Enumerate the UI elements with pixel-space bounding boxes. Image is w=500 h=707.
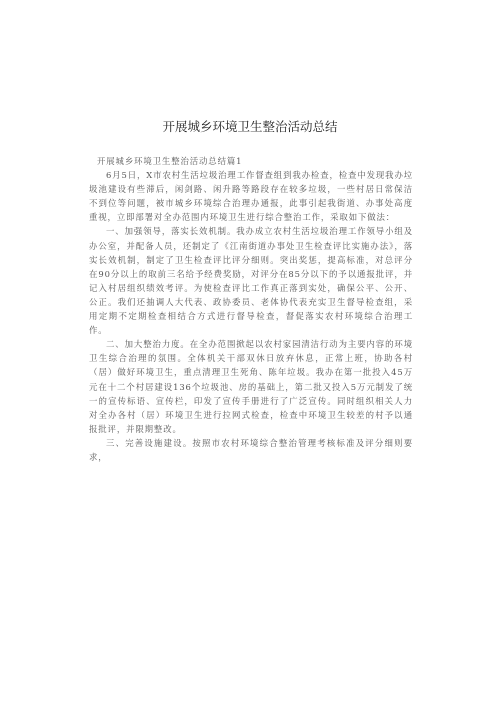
document-body: 开展城乡环境卫生整治活动总结篇1 6月5日，X市农村生活垃圾治理工作督查组到我办…	[89, 154, 413, 464]
paragraph-section-1: 一、加强领导，落实长效机制。我办成立农村生活垃圾治理工作领导小组及办公室，并配备…	[89, 224, 413, 337]
paragraph-section-3: 三、完善设施建设。按照市农村环境综合整治管理考核标准及评分细则要求，	[89, 436, 413, 464]
paragraph-section-2: 二、加大整治力度。在全办范围掀起以农村家园清洁行动为主要内容的环境卫生综合治理的…	[89, 337, 413, 436]
document-title: 开展城乡环境卫生整治活动总结	[0, 119, 500, 135]
paragraph-intro: 6月5日，X市农村生活垃圾治理工作督查组到我办检查，检查中发现我办垃圾池建设有些…	[89, 168, 413, 224]
document-page: 开展城乡环境卫生整治活动总结 开展城乡环境卫生整治活动总结篇1 6月5日，X市农…	[0, 0, 500, 707]
document-subheading: 开展城乡环境卫生整治活动总结篇1	[89, 154, 413, 168]
